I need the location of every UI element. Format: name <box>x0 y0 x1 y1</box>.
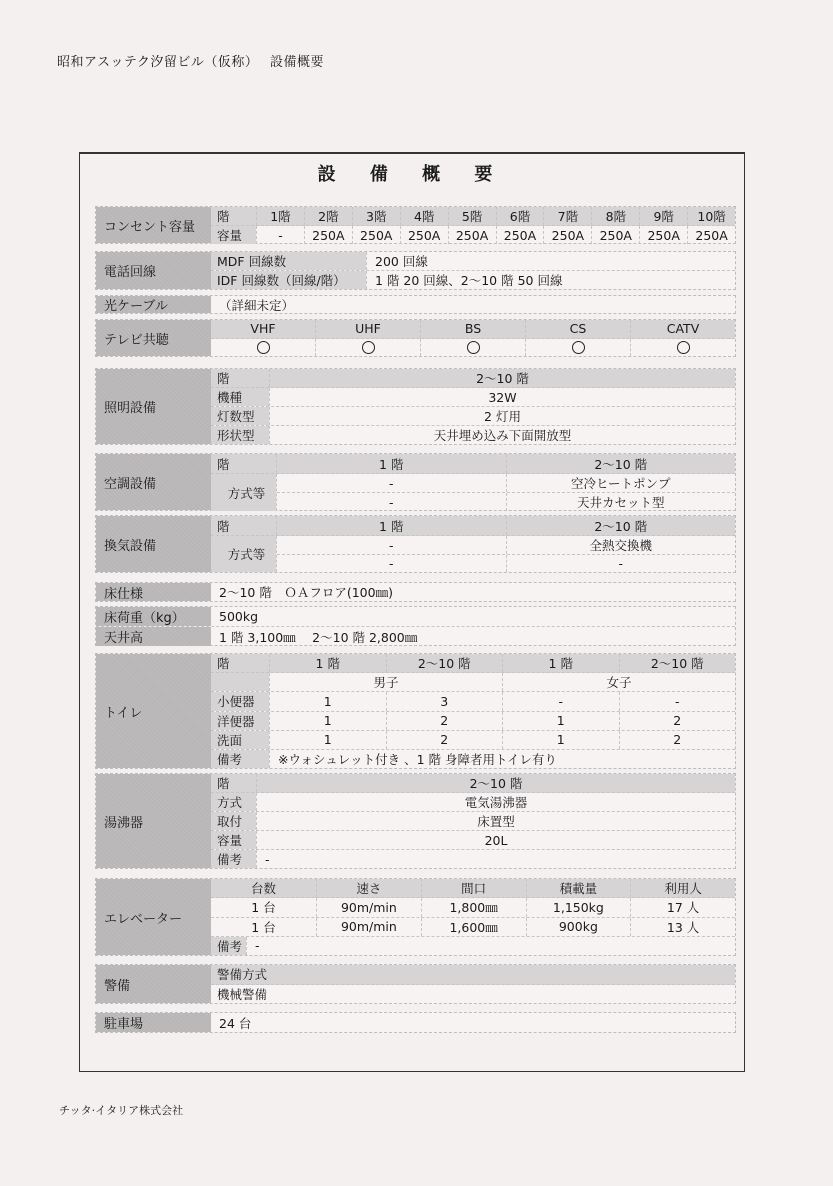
section-label: テレビ共聴 <box>96 320 211 356</box>
row-label: 階 <box>211 774 256 792</box>
floor-header: 9階 <box>639 207 687 225</box>
row-label: 洗面 <box>211 731 269 749</box>
row-value: 2 <box>386 731 503 749</box>
floor-header: 2〜10 階 <box>506 516 736 535</box>
floor-header: 2階 <box>304 207 352 225</box>
table-cell: 90m/min <box>316 898 421 916</box>
section-fiber: 光ケーブル （詳細未定） <box>95 295 736 314</box>
column-header: 間口 <box>421 879 526 897</box>
row-value: 2 <box>619 731 736 749</box>
capacity-value: 250A <box>591 226 639 244</box>
capacity-value: 250A <box>400 226 448 244</box>
tv-type: BS <box>420 320 525 338</box>
column-header: 台数 <box>211 879 316 897</box>
available-circle-icon <box>677 341 690 354</box>
row-label: 取付 <box>211 812 256 830</box>
row-value: 20L <box>256 831 735 849</box>
floor-header: 1 階 <box>276 516 506 535</box>
row-value: 2〜10 階 <box>269 369 735 387</box>
row-value: - <box>277 474 506 492</box>
floor-header: 6階 <box>496 207 544 225</box>
floor-header: 5階 <box>448 207 496 225</box>
facility-summary-frame: 設 備 概 要 コンセント容量 階 1階 2階 3階 4階 5階 6階 7階 8… <box>79 152 745 1072</box>
row-label: 方式等 <box>211 474 276 511</box>
column-header: 速さ <box>316 879 421 897</box>
row-value: 2 <box>619 712 736 730</box>
section-label: 天井高 <box>96 627 211 646</box>
row-label: 階 <box>211 369 269 387</box>
table-cell: 1 台 <box>211 918 316 936</box>
row-value: 電気湯沸器 <box>256 793 735 811</box>
row-label: 備考 <box>211 937 246 955</box>
section-label: 床仕様 <box>96 583 211 601</box>
table-cell: 90m/min <box>316 918 421 936</box>
row-value: 警備方式 <box>211 965 735 984</box>
floor-header: 7階 <box>543 207 591 225</box>
available-circle-icon <box>257 341 270 354</box>
row-label: IDF 回線数（回線/階） <box>211 271 366 289</box>
table-cell: 900kg <box>526 918 631 936</box>
section-label: 湯沸器 <box>96 774 211 868</box>
row-value: 天井埋め込み下面開放型 <box>269 426 735 444</box>
document-header: 昭和アスッテク汐留ビル（仮称） 設備概要 <box>57 51 324 70</box>
floor-header: 2〜10 階 <box>506 454 736 473</box>
floor-header: 8階 <box>591 207 639 225</box>
floor-header: 1 階 <box>502 654 619 672</box>
elevator-note: - <box>246 937 735 955</box>
floor-header: 3階 <box>352 207 400 225</box>
row-value: 全熱交換機 <box>506 536 736 554</box>
column-header: 利用人 <box>630 879 735 897</box>
floor-header: 2〜10 階 <box>386 654 503 672</box>
row-value: - <box>506 555 736 572</box>
column-header: 積載量 <box>526 879 631 897</box>
section-lighting: 照明設備 階 2〜10 階 機種 32W 灯数型 2 灯用 形状型 天井埋め込み… <box>95 368 736 445</box>
section-phone: 電話回線 MDF 回線数 200 回線 IDF 回線数（回線/階） 1 階 20… <box>95 251 736 290</box>
section-tv: テレビ共聴 VHF UHF BS CS CATV <box>95 319 736 357</box>
frame-title: 設 備 概 要 <box>80 160 744 186</box>
row-label: MDF 回線数 <box>211 252 366 270</box>
section-label: 換気設備 <box>96 516 211 572</box>
section-label: コンセント容量 <box>96 207 211 243</box>
row-value: - <box>277 493 506 511</box>
row-value: 500kg <box>211 607 735 626</box>
table-cell: 17 人 <box>630 898 735 916</box>
section-label: 警備 <box>96 965 211 1003</box>
section-water-heater: 湯沸器 階 2〜10 階 方式 電気湯沸器 取付 床置型 容量 20L 備考 - <box>95 773 736 869</box>
capacity-value: 250A <box>352 226 400 244</box>
row-value: 1 階 20 回線、2〜10 階 50 回線 <box>366 271 735 289</box>
table-cell: 1 台 <box>211 898 316 916</box>
section-label: 駐車場 <box>96 1013 211 1032</box>
capacity-value: 250A <box>496 226 544 244</box>
row-label: 備考 <box>211 750 269 768</box>
row-value: 2 灯用 <box>269 407 735 425</box>
section-label: エレベーター <box>96 879 211 955</box>
row-value: 1 <box>502 712 619 730</box>
capacity-value: 250A <box>687 226 735 244</box>
floor-header: 2〜10 階 <box>619 654 736 672</box>
row-value: - <box>256 850 735 868</box>
row-value: 床置型 <box>256 812 735 830</box>
section-outlet: コンセント容量 階 1階 2階 3階 4階 5階 6階 7階 8階 9階 10階… <box>95 206 736 244</box>
gender-header: 女子 <box>502 673 735 691</box>
row-value: 2〜10 階 ＯＡフロア(100㎜) <box>211 583 735 601</box>
gender-header: 男子 <box>269 673 502 691</box>
company-name: チッタ·イタリア株式会社 <box>59 1102 183 1118</box>
row-label: 容量 <box>211 831 256 849</box>
section-label: 照明設備 <box>96 369 211 444</box>
section-toilet: トイレ 階 1 階 2〜10 階 1 階 2〜10 階 男子 女子 小便器 1 … <box>95 653 736 769</box>
row-value: 1 <box>269 692 386 710</box>
row-value: 1 階 3,100㎜ 2〜10 階 2,800㎜ <box>211 627 735 646</box>
section-security: 警備 警備方式 機械警備 <box>95 964 736 1004</box>
row-value: 機械警備 <box>211 985 735 1004</box>
tv-type: CS <box>525 320 630 338</box>
section-label: 電話回線 <box>96 252 211 289</box>
row-label: 階 <box>211 654 269 672</box>
row-label: 方式等 <box>211 536 276 572</box>
tv-type: CATV <box>630 320 735 338</box>
tv-type: VHF <box>211 320 315 338</box>
row-value: 空冷ヒートポンプ <box>506 474 736 492</box>
table-cell: 13 人 <box>630 918 735 936</box>
capacity-value: 250A <box>543 226 591 244</box>
capacity-value: - <box>256 226 304 244</box>
section-ventilation: 換気設備 階 1 階 2〜10 階 方式等 - 全熱交換機 - - <box>95 515 736 573</box>
row-value: 200 回線 <box>366 252 735 270</box>
row-value: - <box>277 536 506 554</box>
row-value: 1 <box>269 712 386 730</box>
section-hvac: 空調設備 階 1 階 2〜10 階 方式等 - 空冷ヒートポンプ - 天井カセッ… <box>95 453 736 511</box>
section-label: トイレ <box>96 654 211 768</box>
row-value: - <box>502 692 619 710</box>
row-label: 方式 <box>211 793 256 811</box>
section-label: 空調設備 <box>96 454 211 510</box>
row-value: 1 <box>502 731 619 749</box>
row-value: 24 台 <box>211 1013 735 1032</box>
row-label: 階 <box>211 207 256 225</box>
table-cell: 1,600㎜ <box>421 918 526 936</box>
row-label: 機種 <box>211 388 269 406</box>
tv-type: UHF <box>315 320 420 338</box>
row-value: 32W <box>269 388 735 406</box>
row-value: （詳細未定） <box>211 296 735 314</box>
available-circle-icon <box>362 341 375 354</box>
section-elevator: エレベーター 台数 速さ 間口 積載量 利用人 1 台 90m/min 1,80… <box>95 878 736 956</box>
toilet-note: ※ウォシュレット付き 、1 階 身障者用トイレ有り <box>269 750 735 768</box>
row-value: 1 <box>269 731 386 749</box>
row-value: 2 <box>386 712 503 730</box>
section-floor-spec: 床仕様 2〜10 階 ＯＡフロア(100㎜) <box>95 582 736 602</box>
capacity-value: 250A <box>448 226 496 244</box>
row-label: 灯数型 <box>211 407 269 425</box>
row-value: 天井カセット型 <box>506 493 736 511</box>
row-label: 小便器 <box>211 692 269 710</box>
row-value: - <box>619 692 736 710</box>
available-circle-icon <box>467 341 480 354</box>
row-value: - <box>277 555 506 572</box>
table-cell: 1,150kg <box>526 898 631 916</box>
capacity-value: 250A <box>639 226 687 244</box>
floor-header: 4階 <box>400 207 448 225</box>
row-value: 3 <box>386 692 503 710</box>
floor-header: 10階 <box>687 207 735 225</box>
row-label: 洋便器 <box>211 712 269 730</box>
capacity-value: 250A <box>304 226 352 244</box>
row-label: 備考 <box>211 850 256 868</box>
floor-header: 1階 <box>256 207 304 225</box>
section-label: 光ケーブル <box>96 296 211 313</box>
row-label: 階 <box>211 516 276 535</box>
row-label: 階 <box>211 454 276 473</box>
row-value: 2〜10 階 <box>256 774 735 792</box>
section-label: 床荷重（kg） <box>96 607 211 626</box>
table-cell: 1,800㎜ <box>421 898 526 916</box>
section-parking: 駐車場 24 台 <box>95 1012 736 1033</box>
section-floor-load-ceiling: 床荷重（kg） 500kg 天井高 1 階 3,100㎜ 2〜10 階 2,80… <box>95 606 736 646</box>
floor-header: 1 階 <box>269 654 386 672</box>
row-label: 容量 <box>211 226 256 244</box>
available-circle-icon <box>572 341 585 354</box>
row-label: 形状型 <box>211 426 269 444</box>
floor-header: 1 階 <box>276 454 506 473</box>
